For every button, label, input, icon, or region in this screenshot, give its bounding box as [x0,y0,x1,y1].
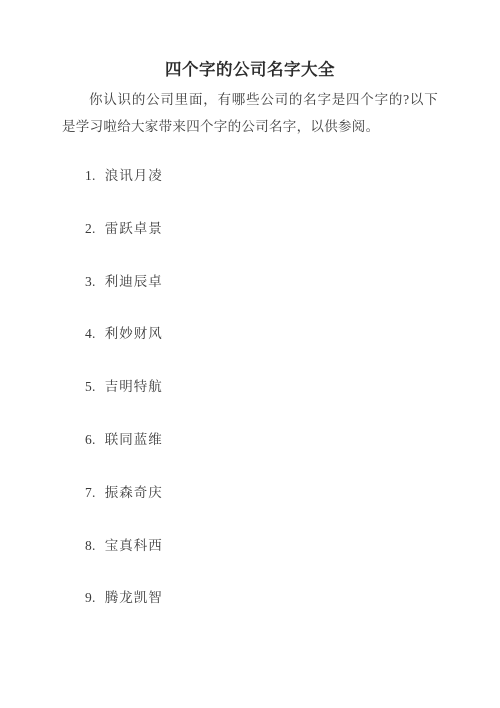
list-item-text: 雷跃卓景 [105,221,163,236]
list-item: 5.吉明特航 [85,361,438,414]
list-item: 6.联同蓝维 [85,414,438,467]
list-item-number: 9. [85,572,96,625]
list-item-text: 浪讯月凌 [105,168,163,183]
list-item-text: 利妙财风 [105,326,163,341]
list-item: 4.利妙财风 [85,308,438,361]
list-item-number: 8. [85,520,96,573]
list-item-number: 7. [85,467,96,520]
list-item: 9.腾龙凯智 [85,572,438,625]
list-item-text: 振森奇庆 [105,485,163,500]
list-item-number: 2. [85,203,96,256]
list-item: 8.宝真科西 [85,520,438,573]
list-item-number: 5. [85,361,96,414]
list-item-number: 1. [85,150,96,203]
intro-paragraph: 你认识的公司里面，有哪些公司的名字是四个字的?以下是学习啦给大家带来四个字的公司… [62,87,438,140]
list-item: 7.振森奇庆 [85,467,438,520]
list-item: 1.浪讯月凌 [85,150,438,203]
list-item-number: 4. [85,308,96,361]
list-item-text: 联同蓝维 [105,432,163,447]
list-item: 2.雷跃卓景 [85,203,438,256]
page-title: 四个字的公司名字大全 [62,60,438,80]
list-item-text: 宝真科西 [105,538,163,553]
list-item-text: 腾龙凯智 [105,590,163,605]
company-name-list: 1.浪讯月凌 2.雷跃卓景 3.利迪辰卓 4.利妙财风 5.吉明特航 6.联同蓝… [62,150,438,625]
list-item-number: 3. [85,256,96,309]
document-page: 四个字的公司名字大全 你认识的公司里面，有哪些公司的名字是四个字的?以下是学习啦… [0,0,500,708]
list-item-text: 吉明特航 [105,379,163,394]
list-item-number: 6. [85,414,96,467]
list-item: 3.利迪辰卓 [85,256,438,309]
list-item-text: 利迪辰卓 [105,274,163,289]
